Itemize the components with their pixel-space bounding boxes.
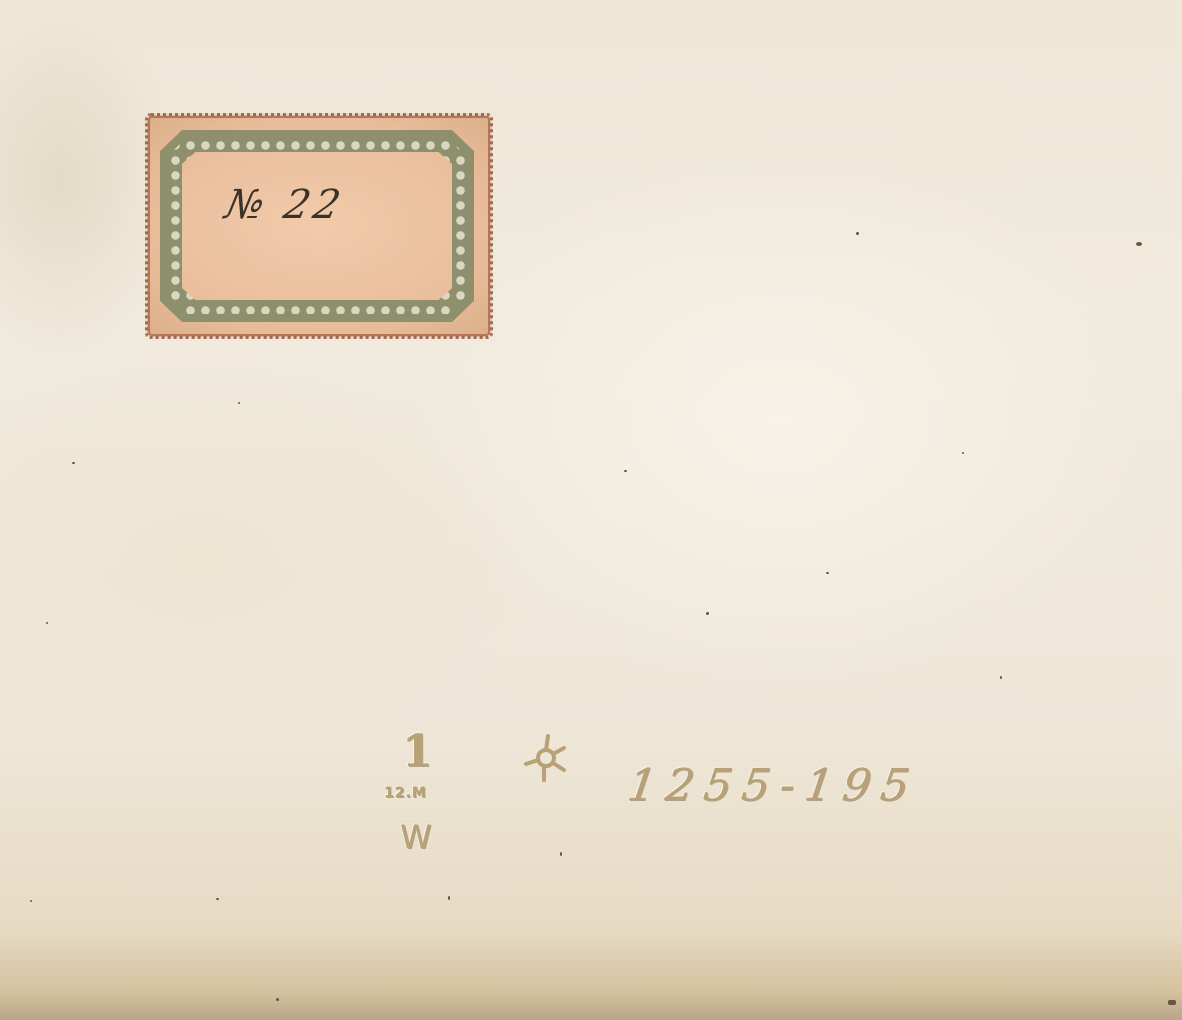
left-stain	[0, 0, 160, 360]
star-mark-icon	[522, 730, 572, 786]
impressed-model-number: 1255-195	[624, 760, 922, 811]
speck	[276, 998, 279, 1001]
label-number: № 22	[221, 182, 348, 228]
speck	[624, 470, 627, 472]
impressed-numeral: 1	[402, 726, 433, 777]
speck	[216, 898, 219, 900]
impressed-size-mark: 12.M	[384, 785, 427, 801]
speck	[1168, 1000, 1176, 1005]
speck	[1136, 242, 1142, 246]
speck	[706, 612, 709, 615]
bottom-edge-stain	[0, 930, 1182, 1020]
speck	[72, 462, 75, 464]
paper-label: № 22	[148, 116, 490, 336]
speck	[46, 622, 48, 624]
speck	[826, 572, 829, 574]
speck	[560, 852, 562, 856]
speck	[962, 452, 964, 454]
impressed-letter: W	[400, 818, 432, 856]
speck	[1000, 676, 1002, 679]
speck	[856, 232, 859, 235]
speck	[238, 402, 240, 404]
speck	[448, 896, 450, 900]
porcelain-surface: № 22 1 12.M W 1255-195	[0, 0, 1182, 1020]
speck	[30, 900, 32, 902]
